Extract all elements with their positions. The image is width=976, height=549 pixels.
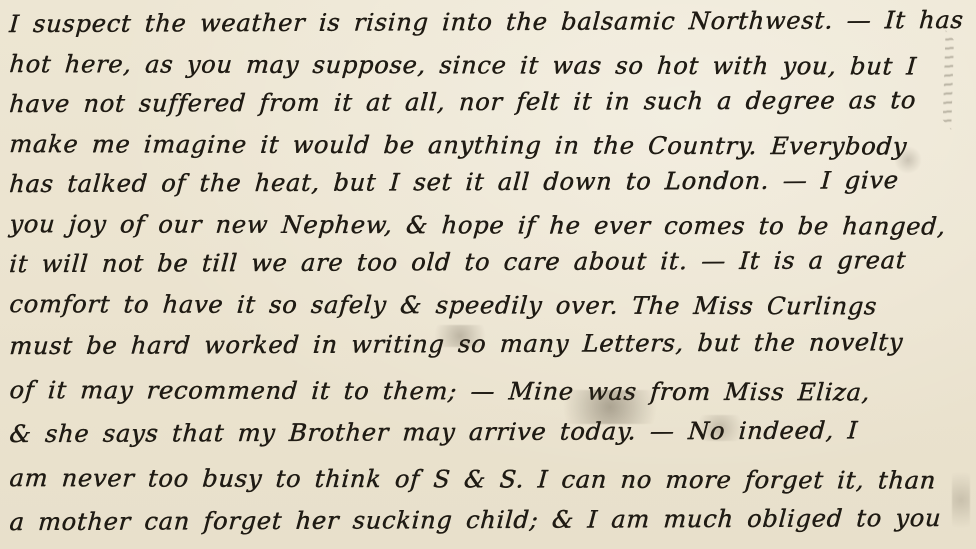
letter-page: I suspect the weather is rising into the… bbox=[0, 0, 976, 549]
letter-body: I suspect the weather is rising into the… bbox=[8, 4, 970, 546]
handwritten-line: must be hard worked in writing so many L… bbox=[8, 320, 973, 368]
handwritten-line: & she says that my Brother may arrive to… bbox=[8, 408, 973, 456]
handwritten-line: I suspect the weather is rising into the… bbox=[8, 0, 973, 44]
handwritten-line: have not suffered from it at all, nor fe… bbox=[8, 80, 973, 124]
handwritten-line: a mother can forget her sucking child; &… bbox=[8, 496, 973, 546]
handwritten-line: it will not be till we are too old to ca… bbox=[8, 240, 973, 284]
handwritten-line: has talked of the heat, but I set it all… bbox=[8, 160, 973, 204]
